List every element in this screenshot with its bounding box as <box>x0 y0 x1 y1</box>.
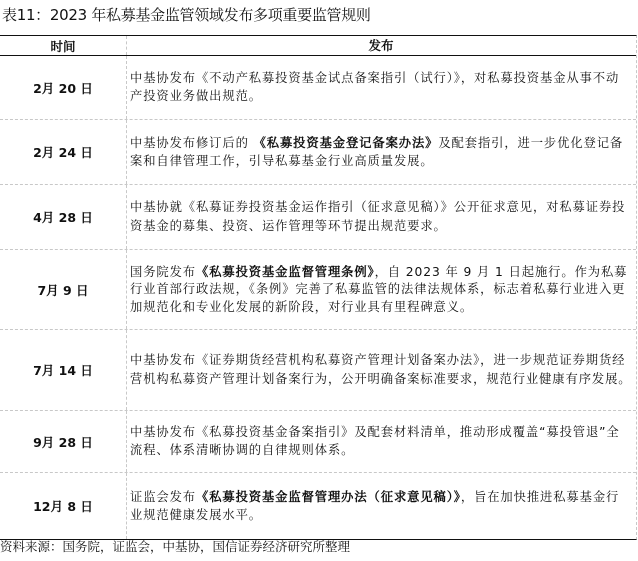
header-time: 时间 <box>0 36 127 55</box>
table-row: 9月 28 日中基协发布《私募投资基金备案指引》及配套材料清单，推动形成覆盖“募… <box>0 411 636 473</box>
desc-bold-title: 《私募投资基金监督管理条例》 <box>196 264 375 279</box>
desc-text: 中基协发布修订后的 <box>130 136 254 150</box>
row-date: 2月 20 日 <box>0 56 127 119</box>
table-row: 2月 24 日中基协发布修订后的 《私募投资基金登记备案办法》及配套指引，进一步… <box>0 120 636 185</box>
desc-bold-title: 《私募投资基金监督管理办法（征求意见稿）》 <box>196 489 461 504</box>
desc-text: 中基协发布《不动产私募投资基金试点备案指引（试行）》，对私募投资基金从事不动产投… <box>130 71 619 104</box>
regulation-table: 时间 发布 2月 20 日中基协发布《不动产私募投资基金试点备案指引（试行）》，… <box>0 35 637 540</box>
desc-text: 中基协发布《私募投资基金备案指引》及配套材料清单，推动形成覆盖“募投管退”全流程… <box>130 425 620 458</box>
desc-text: 中基协就《私募证券投资基金运作指引（征求意见稿）》公开征求意见，对私募证券投资基… <box>130 200 625 233</box>
row-date: 4月 28 日 <box>0 185 127 249</box>
desc-text: 中基协发布《证券期货经营机构私募资产管理计划备案办法》，进一步规范证券期货经营机… <box>130 353 631 386</box>
row-description: 国务院发布《私募投资基金监督管理条例》，自 2023 年 9 月 1 日起施行。… <box>127 250 636 329</box>
row-description: 中基协发布《证券期货经营机构私募资产管理计划备案办法》，进一步规范证券期货经营机… <box>127 330 636 410</box>
row-description: 中基协发布《不动产私募投资基金试点备案指引（试行）》，对私募投资基金从事不动产投… <box>127 56 636 119</box>
table-row: 12月 8 日证监会发布《私募投资基金监督管理办法（征求意见稿）》，旨在加快推进… <box>0 473 636 539</box>
row-date: 7月 14 日 <box>0 330 127 410</box>
table-row: 7月 9 日国务院发布《私募投资基金监督管理条例》，自 2023 年 9 月 1… <box>0 250 636 330</box>
row-description: 中基协发布修订后的 《私募投资基金登记备案办法》及配套指引，进一步优化登记备案和… <box>127 120 636 184</box>
source-note: 资料来源：国务院，证监会，中基协，国信证券经济研究所整理 <box>0 537 350 555</box>
row-date: 9月 28 日 <box>0 411 127 472</box>
table-row: 4月 28 日中基协就《私募证券投资基金运作指引（征求意见稿）》公开征求意见，对… <box>0 185 636 250</box>
table-header: 时间 发布 <box>0 36 636 56</box>
row-date: 12月 8 日 <box>0 473 127 539</box>
row-date: 2月 24 日 <box>0 120 127 184</box>
row-description: 中基协就《私募证券投资基金运作指引（征求意见稿）》公开征求意见，对私募证券投资基… <box>127 185 636 249</box>
row-description: 证监会发布《私募投资基金监督管理办法（征求意见稿）》，旨在加快推进私募基金行业规… <box>127 473 636 539</box>
table-title: 表11：2023 年私募基金监管领域发布多项重要监管规则 <box>2 5 371 25</box>
header-release: 发布 <box>127 36 636 55</box>
table-row: 7月 14 日中基协发布《证券期货经营机构私募资产管理计划备案办法》，进一步规范… <box>0 330 636 411</box>
desc-text: 证监会发布 <box>130 490 196 504</box>
table-row: 2月 20 日中基协发布《不动产私募投资基金试点备案指引（试行）》，对私募投资基… <box>0 56 636 120</box>
desc-bold-title: 《私募投资基金登记备案办法》 <box>254 135 439 150</box>
row-description: 中基协发布《私募投资基金备案指引》及配套材料清单，推动形成覆盖“募投管退”全流程… <box>127 411 636 472</box>
row-date: 7月 9 日 <box>0 250 127 329</box>
desc-text: 国务院发布 <box>130 265 196 279</box>
